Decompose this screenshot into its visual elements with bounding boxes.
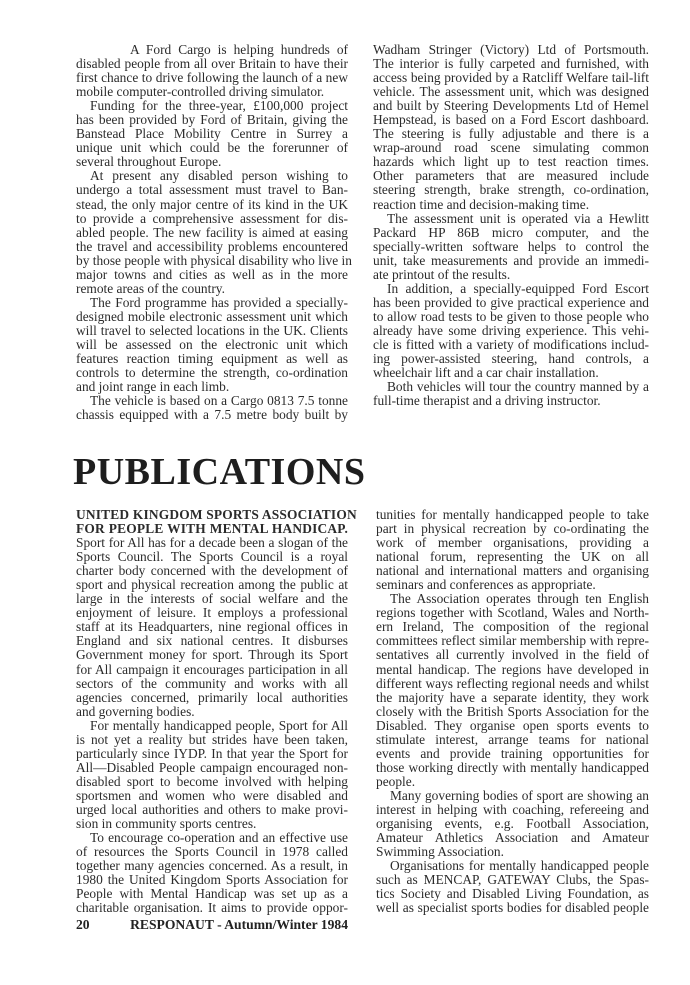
text-line: will be assessed on the electronic unit …: [76, 338, 348, 352]
text-line: At present any disabled person wishing t…: [76, 169, 348, 183]
text-line: The Ford programme has provided a specia…: [76, 296, 348, 310]
text-line: national forum, representing the UK on a…: [376, 550, 649, 564]
text-line: part in physical recreation by co-ordina…: [376, 522, 649, 536]
text-line: those working directly with mentally han…: [376, 761, 649, 775]
paragraph: Wadham Stringer (Victory) Ltd of Portsmo…: [373, 43, 649, 212]
text-line: All—Disabled People campaign encouraged …: [76, 761, 348, 775]
text-line: sentatives all currently involved in the…: [376, 648, 649, 662]
text-line: England and six national centres. It dis…: [76, 634, 348, 648]
paragraph: To encourage co-operation and an effecti…: [76, 831, 348, 915]
text-line: remote areas of the country.: [76, 282, 348, 296]
text-line: sion in community sports centres.: [76, 817, 348, 831]
text-line: Banstead Place Mobility Centre in Surrey…: [76, 127, 348, 141]
paragraph: Funding for the three-year, £100,000 pro…: [76, 99, 348, 169]
text-line: to provide a comprehensive assessment fo…: [76, 212, 348, 226]
text-line: features reaction timing equipment as we…: [76, 352, 348, 366]
text-line: urged local authorities and others to ma…: [76, 803, 348, 817]
text-line: mental handicap. The regions have develo…: [376, 663, 649, 677]
ford-article-right-column: Wadham Stringer (Victory) Ltd of Portsmo…: [373, 43, 649, 408]
text-line: and governing bodies.: [76, 705, 348, 719]
text-line: vehicle. The assessment unit, which was …: [373, 85, 649, 99]
page-number: 20: [76, 917, 116, 933]
text-line: tics Society and Disabled Living Foundat…: [376, 887, 649, 901]
text-line: Amateur Athletics Association and Amateu…: [376, 831, 649, 845]
text-line: closely with the British Sports Associat…: [376, 705, 649, 719]
text-line: 1980 the United Kingdom Sports Associati…: [76, 873, 348, 887]
text-line: such as MENCAP, GATEWAY Clubs, the Spas-: [376, 873, 649, 887]
text-line: In addition, a specially-equipped Ford E…: [373, 282, 649, 296]
text-line: enjoyment of leisure. It employs a profe…: [76, 606, 348, 620]
text-line: Many governing bodies of sport are showi…: [376, 789, 649, 803]
text-line: first chance to drive following the laun…: [76, 71, 348, 85]
text-line: Packard HP 86B micro computer, and the: [373, 226, 649, 240]
text-line: Hempstead, is based on a Ford Escort das…: [373, 113, 649, 127]
page-footer: 20 RESPONAUT - Autumn/Winter 1984: [76, 917, 348, 933]
text-line: for All campaign it encourages participa…: [76, 663, 348, 677]
paragraph: Both vehicles will tour the country mann…: [373, 380, 649, 408]
text-line: and built by Steering Developments Ltd o…: [373, 99, 649, 113]
text-line: specially-written software helps to cont…: [373, 240, 649, 254]
text-line: steering strength, brake strength, co-or…: [373, 183, 649, 197]
text-line: disabled sport to become involved with h…: [76, 775, 348, 789]
text-line: large in the interests of social welfare…: [76, 592, 348, 606]
text-line: organising events, e.g. Football Associa…: [376, 817, 649, 831]
text-line: well as specialist sports bodies for dis…: [376, 901, 649, 915]
text-line: cle is fitted with a variety of modifica…: [373, 338, 649, 352]
text-line: has been provided to give practical expe…: [373, 296, 649, 310]
running-title: RESPONAUT - Autumn/Winter 1984: [130, 917, 348, 933]
text-line: wrap-around road scene simulating common: [373, 141, 649, 155]
text-line: regions together with Scotland, Wales an…: [376, 606, 649, 620]
text-line: sportsmen and women who were disabled an…: [76, 789, 348, 803]
text-line: hazards which light up to test reaction …: [373, 155, 649, 169]
text-line: access being provided by a Ratcliff Welf…: [373, 71, 649, 85]
text-line: A Ford Cargo is helping hundreds of: [76, 43, 348, 57]
text-line: has been provided by Ford of Britain, gi…: [76, 113, 348, 127]
text-line: The vehicle is based on a Cargo 0813 7.5…: [76, 394, 348, 408]
text-line: abled people. The new facility is aimed …: [76, 226, 348, 240]
text-line: and joint range in each limb.: [76, 380, 348, 394]
paragraph: The vehicle is based on a Cargo 0813 7.5…: [76, 394, 348, 422]
text-line: Disabled. They organise open sports even…: [376, 719, 649, 733]
paragraph: A Ford Cargo is helping hundreds ofdisab…: [76, 43, 348, 99]
text-line: staff at its Headquarters, nine regional…: [76, 620, 348, 634]
text-line: Sport for All has for a decade been a sl…: [76, 536, 348, 550]
text-line: Both vehicles will tour the country mann…: [373, 380, 649, 394]
paragraph: The Ford programme has provided a specia…: [76, 296, 348, 394]
text-line: is not yet a reality but strides have be…: [76, 733, 348, 747]
text-line: major towns and cities as well as in the…: [76, 268, 348, 282]
text-line: people.: [376, 775, 649, 789]
text-line: undergo a total assessment must travel t…: [76, 183, 348, 197]
text-line: of resources the Sports Council in 1978 …: [76, 845, 348, 859]
paragraph: For mentally handicapped people, Sport f…: [76, 719, 348, 831]
text-line: The steering is fully adjustable and the…: [373, 127, 649, 141]
text-line: controls to determine the strength, co-o…: [76, 366, 348, 380]
text-line: ern Ireland, The composition of the regi…: [376, 620, 649, 634]
section-heading: PUBLICATIONS: [73, 452, 365, 492]
text-line: already have some driving experience. Th…: [373, 324, 649, 338]
text-line: Wadham Stringer (Victory) Ltd of Portsmo…: [373, 43, 649, 57]
text-line: wheelchair lift and a car chair installa…: [373, 366, 649, 380]
text-line: charitable organisation. It aims to prov…: [76, 901, 348, 915]
text-line: stead, the only major centre of its kind…: [76, 198, 348, 212]
text-line: To encourage co-operation and an effecti…: [76, 831, 348, 845]
text-line: seminars and conferences as appropriate.: [376, 578, 649, 592]
text-line: work of member organisations, providing …: [376, 536, 649, 550]
text-line: ate printout of the results.: [373, 268, 649, 282]
text-line: People with Mental Handicap was set up a…: [76, 887, 348, 901]
paragraph: tunities for mentally handicapped people…: [376, 508, 649, 592]
text-line: reaction time and decision-making time.: [373, 198, 649, 212]
paragraph: At present any disabled person wishing t…: [76, 169, 348, 295]
text-line: the majority have a separate identity, t…: [376, 691, 649, 705]
text-line: together many agencies concerned. As a r…: [76, 859, 348, 873]
text-line: several throughout Europe.: [76, 155, 348, 169]
text-line: charter body concerned with the developm…: [76, 564, 348, 578]
text-line: The interior is fully carpeted and furni…: [373, 57, 649, 71]
text-line: agencies concerned, primarily local auth…: [76, 691, 348, 705]
text-line: Funding for the three-year, £100,000 pro…: [76, 99, 348, 113]
text-line: unit, take measurements and provide an i…: [373, 254, 649, 268]
publications-right-column: tunities for mentally handicapped people…: [376, 508, 649, 915]
text-line: the travel and accessibility problems en…: [76, 240, 348, 254]
text-line: Organisations for mentally handicapped p…: [376, 859, 649, 873]
text-line: events and provide training opportunitie…: [376, 747, 649, 761]
text-line: stimulate interest, arrange teams for na…: [376, 733, 649, 747]
text-line: full-time therapist and a driving instru…: [373, 394, 649, 408]
text-line: Other parameters that are measured inclu…: [373, 169, 649, 183]
text-line: unique unit which could be the forerunne…: [76, 141, 348, 155]
text-line: mobile computer-controlled driving simul…: [76, 85, 348, 99]
text-line: The assessment unit is operated via a He…: [373, 212, 649, 226]
text-line: by those people with physical disability…: [76, 254, 348, 268]
paragraph: In addition, a specially-equipped Ford E…: [373, 282, 649, 380]
paragraph: Many governing bodies of sport are showi…: [376, 789, 649, 859]
text-line: Government money for sport. Through its …: [76, 648, 348, 662]
paragraph: The assessment unit is operated via a He…: [373, 212, 649, 282]
paragraph: The Association operates through ten Eng…: [376, 592, 649, 789]
ford-article-left-column: A Ford Cargo is helping hundreds ofdisab…: [76, 43, 348, 422]
text-line: will travel to selected locations in the…: [76, 324, 348, 338]
text-line: particularly since IYDP. In that year th…: [76, 747, 348, 761]
text-line: tunities for mentally handicapped people…: [376, 508, 649, 522]
text-line: For mentally handicapped people, Sport f…: [76, 719, 348, 733]
text-line: The Association operates through ten Eng…: [376, 592, 649, 606]
paragraph: UNITED KINGDOM SPORTS ASSOCIATIONFOR PEO…: [76, 508, 348, 719]
text-line: FOR PEOPLE WITH MENTAL HANDICAP.: [76, 522, 348, 536]
text-line: Swimming Association.: [376, 845, 649, 859]
text-line: disabled people from all over Britain to…: [76, 57, 348, 71]
text-line: ing power-assisted steering, hand contro…: [373, 352, 649, 366]
text-line: national and international matters and o…: [376, 564, 649, 578]
text-line: sport and physical recreation among the …: [76, 578, 348, 592]
text-line: interest in helping with coaching, refer…: [376, 803, 649, 817]
text-line: to allow road tests to be given to those…: [373, 310, 649, 324]
text-line: chassis equipped with a 7.5 metre body b…: [76, 408, 348, 422]
text-line: different ways reflecting regional needs…: [376, 677, 649, 691]
text-line: UNITED KINGDOM SPORTS ASSOCIATION: [76, 508, 348, 522]
text-line: Sports Council. The Sports Council is a …: [76, 550, 348, 564]
text-line: committees reflect similar membership wi…: [376, 634, 649, 648]
paragraph: Organisations for mentally handicapped p…: [376, 859, 649, 915]
publications-left-column: UNITED KINGDOM SPORTS ASSOCIATIONFOR PEO…: [76, 508, 348, 915]
text-line: designed mobile electronic assessment un…: [76, 310, 348, 324]
text-line: sectors of the community and works with …: [76, 677, 348, 691]
